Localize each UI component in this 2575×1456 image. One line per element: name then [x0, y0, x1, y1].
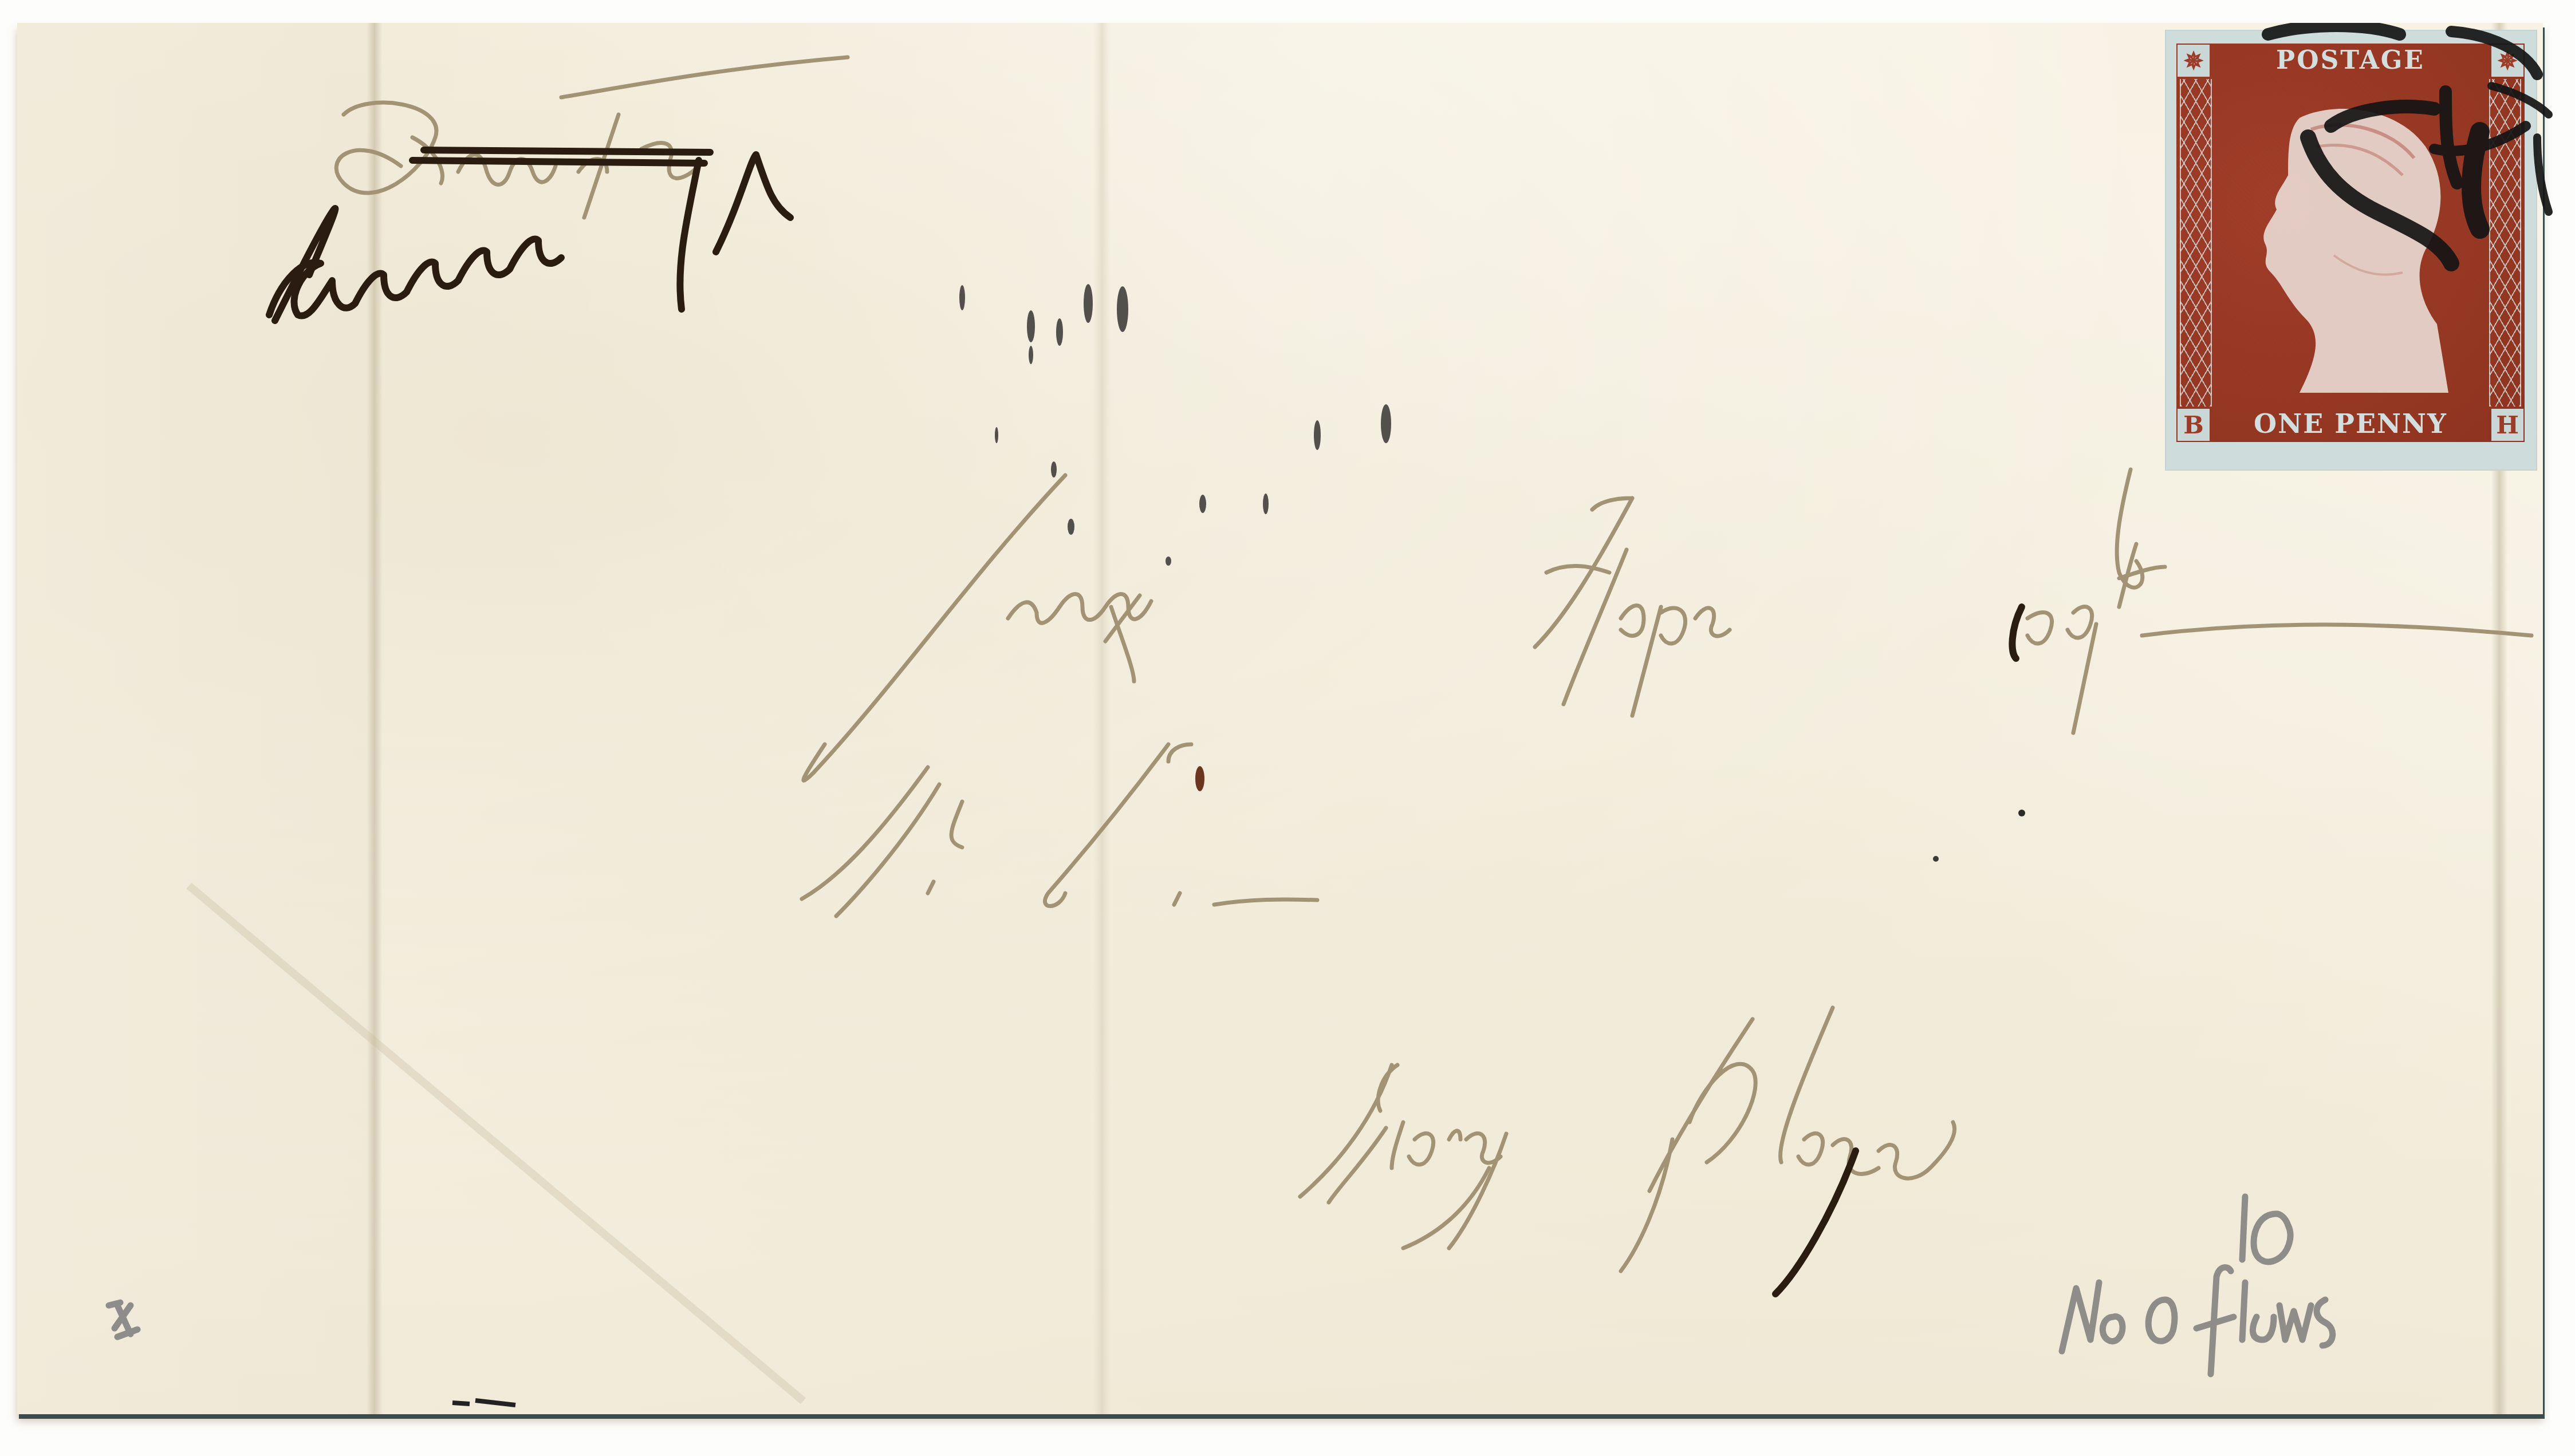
ink-dash: [452, 1400, 515, 1405]
ink-speck: [2018, 810, 2025, 816]
strike-through: [412, 160, 704, 163]
pencil-number-10: [2242, 1197, 2290, 1262]
stamp-check-letter-left: B: [2178, 409, 2210, 441]
maltese-cross-postmark-icon: [2194, 23, 2560, 309]
addressee-line2-script: [802, 744, 1317, 916]
strike-through: [424, 150, 710, 152]
pencil-corner-mark: [109, 1303, 137, 1337]
pencil-note-no-o-flaws: [2062, 1267, 2333, 1374]
ink-speck: [1933, 856, 1939, 862]
account-word-script: [269, 155, 790, 321]
addressee-line1-script: [804, 469, 2531, 780]
stamp-check-letter-right: H: [2491, 409, 2523, 441]
stamp-value-label: ONE PENNY: [2214, 408, 2487, 440]
ink-speck: [1195, 766, 1204, 791]
addressee-line3-script: [1300, 1008, 1955, 1294]
